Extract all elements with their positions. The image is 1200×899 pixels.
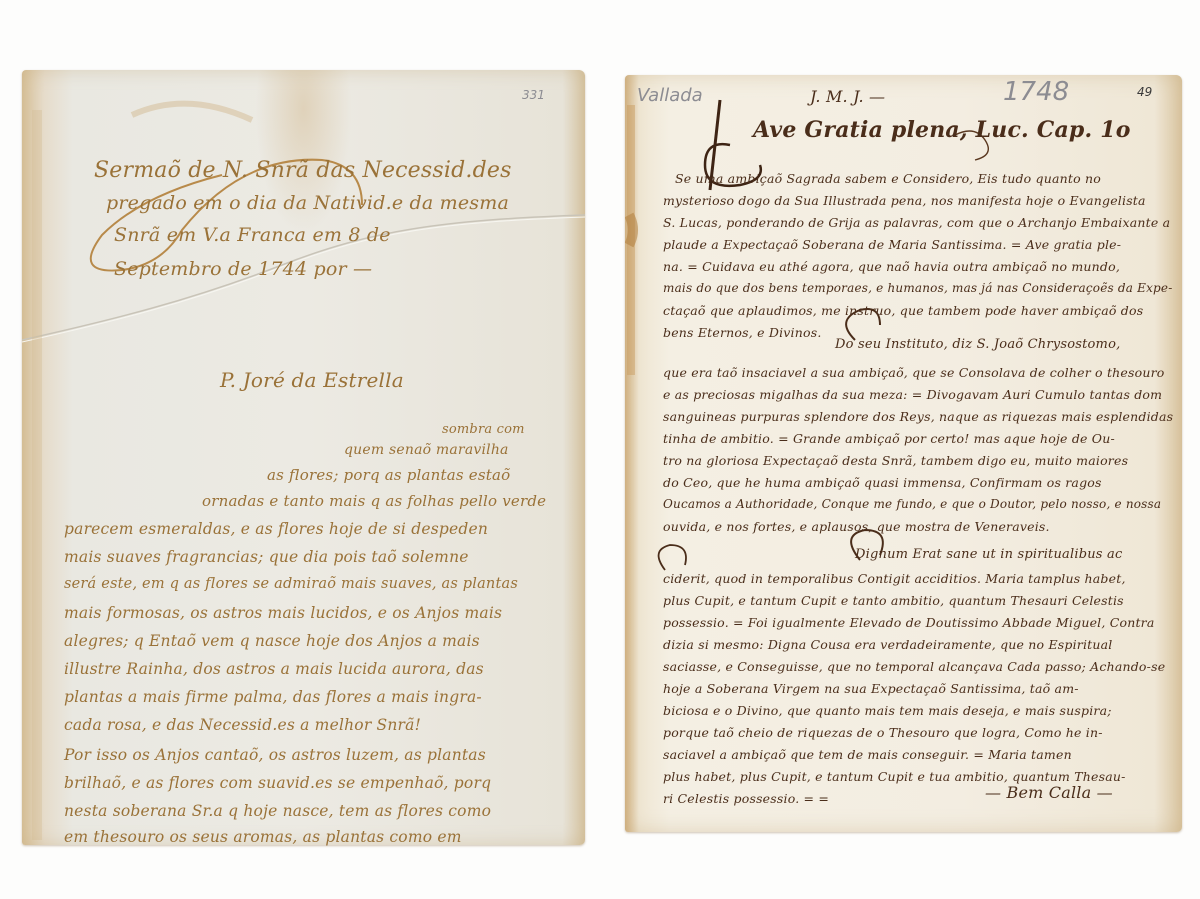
body-line: saciasse, e Conseguisse, que no temporal… <box>663 659 1165 674</box>
body-line: mais do que dos bens temporaes, e humano… <box>663 281 1172 295</box>
folio-number: 49 <box>1137 85 1152 99</box>
body-line: ciderit, quod in temporalibus Contigit a… <box>663 571 1126 586</box>
body-line: na. = Cuidava eu athé agora, que naõ hav… <box>663 259 1120 274</box>
body-line: tinha de ambitio. = Grande ambiçaõ por c… <box>663 431 1115 446</box>
author-signature: P. Joré da Estrella <box>220 368 404 392</box>
body-line: S. Lucas, ponderando de Grija as palavra… <box>663 215 1170 230</box>
body-line: mais suaves fragrancias; que dia pois ta… <box>64 548 469 566</box>
pencil-note-location: Vallada <box>637 85 703 106</box>
body-line: em thesouro os seus aromas, as plantas c… <box>64 828 462 846</box>
manuscript-page-right: Vallada 1748 49 J. M. J. — Ave Gratia pl… <box>625 75 1182 832</box>
body-line: biciosa e o Divino, que quanto mais tem … <box>663 703 1112 718</box>
pencil-note-year: 1748 <box>1003 77 1069 107</box>
body-line: sanguineas purpuras splendore dos Reys, … <box>663 409 1173 424</box>
body-line: quem senaõ maravilha <box>344 442 509 458</box>
body-line: ornadas e tanto mais q as folhas pello v… <box>202 492 546 510</box>
body-line: nesta soberana Sr.a q hoje nasce, tem as… <box>64 802 491 820</box>
body-line: mysterioso dogo da Sua Illustrada pena, … <box>663 193 1146 208</box>
body-line: bens Eternos, e Divinos. <box>663 325 822 340</box>
invocation: J. M. J. — <box>810 87 885 106</box>
manuscript-page-left: 331 Sermaõ de N. Snrã das Necessid.des p… <box>22 70 585 845</box>
body-line: ri Celestis possessio. = = <box>663 791 829 806</box>
body-line: saciavel a ambiçaõ que tem de mais conse… <box>663 747 1072 762</box>
body-line: Do seu Instituto, diz S. Joaõ Chrysostom… <box>835 337 1120 352</box>
body-line: ctaçaõ que aplaudimos, me instruo, que t… <box>663 303 1143 318</box>
body-line: as flores; porq as plantas estaõ <box>267 466 510 484</box>
body-line: illustre Rainha, dos astros a mais lucid… <box>64 660 484 678</box>
body-line: que era taõ insaciavel a sua ambiçaõ, qu… <box>663 365 1165 380</box>
body-line: dizia si mesmo: Digna Cousa era verdadei… <box>663 637 1113 652</box>
body-line: porque taõ cheio de riquezas de o Thesou… <box>663 725 1103 740</box>
title-line: Septembro de 1744 por — <box>114 258 372 280</box>
body-line: plus habet, plus Cupit, e tantum Cupit e… <box>663 769 1126 784</box>
body-line: tro na gloriosa Expectaçaõ desta Snrã, t… <box>663 453 1128 468</box>
body-line: alegres; q Entaõ vem q nasce hoje dos An… <box>64 632 480 650</box>
title-line: Snrã em V.a Franca em 8 de <box>114 224 391 246</box>
body-line: plus Cupit, e tantum Cupit e tanto ambit… <box>663 593 1124 608</box>
body-line: do Ceo, que he huma ambiçaõ quasi immens… <box>663 475 1102 490</box>
body-line: sombra com <box>442 422 525 437</box>
body-line: mais formosas, os astros mais lucidos, e… <box>64 604 502 622</box>
title-line: pregado em o dia da Nativid.e da mesma <box>106 192 509 214</box>
body-line: brilhaõ, e as flores com suavid.es se em… <box>64 774 491 792</box>
body-line: ouvida, e nos fortes, e aplausos, que mo… <box>663 519 1050 534</box>
body-line: hoje a Soberana Virgem na sua Expectaçaõ… <box>663 681 1079 696</box>
body-line: plantas a mais firme palma, das flores a… <box>64 688 482 706</box>
body-line: cada rosa, e das Necessid.es a melhor Sn… <box>64 716 421 734</box>
body-line: e as preciosas migalhas da sua meza: = D… <box>663 387 1162 402</box>
body-line: Por isso os Anjos cantaõ, os astros luze… <box>64 746 486 764</box>
body-line: será este, em q as flores se admiraõ mai… <box>64 576 518 592</box>
body-line: possessio. = Foi igualmente Elevado de D… <box>663 615 1155 630</box>
body-line: parecem esmeraldas, e as flores hoje de … <box>64 520 488 538</box>
body-line: Se uma ambiçaõ Sagrada sabem e Considero… <box>675 171 1101 186</box>
body-line: Oucamos a Authoridade, Conque me fundo, … <box>663 497 1161 511</box>
body-line: plaude a Expectaçaõ Soberana de Maria Sa… <box>663 237 1121 252</box>
folio-number: 331 <box>522 88 545 102</box>
body-line: Dignum Erat sane ut in spiritualibus ac <box>855 547 1122 562</box>
title-line: Sermaõ de N. Snrã das Necessid.des <box>94 158 512 183</box>
heading: Ave Gratia plena, Luc. Cap. 1o <box>753 117 1131 143</box>
closing-signature: — Bem Calla — <box>985 783 1113 802</box>
